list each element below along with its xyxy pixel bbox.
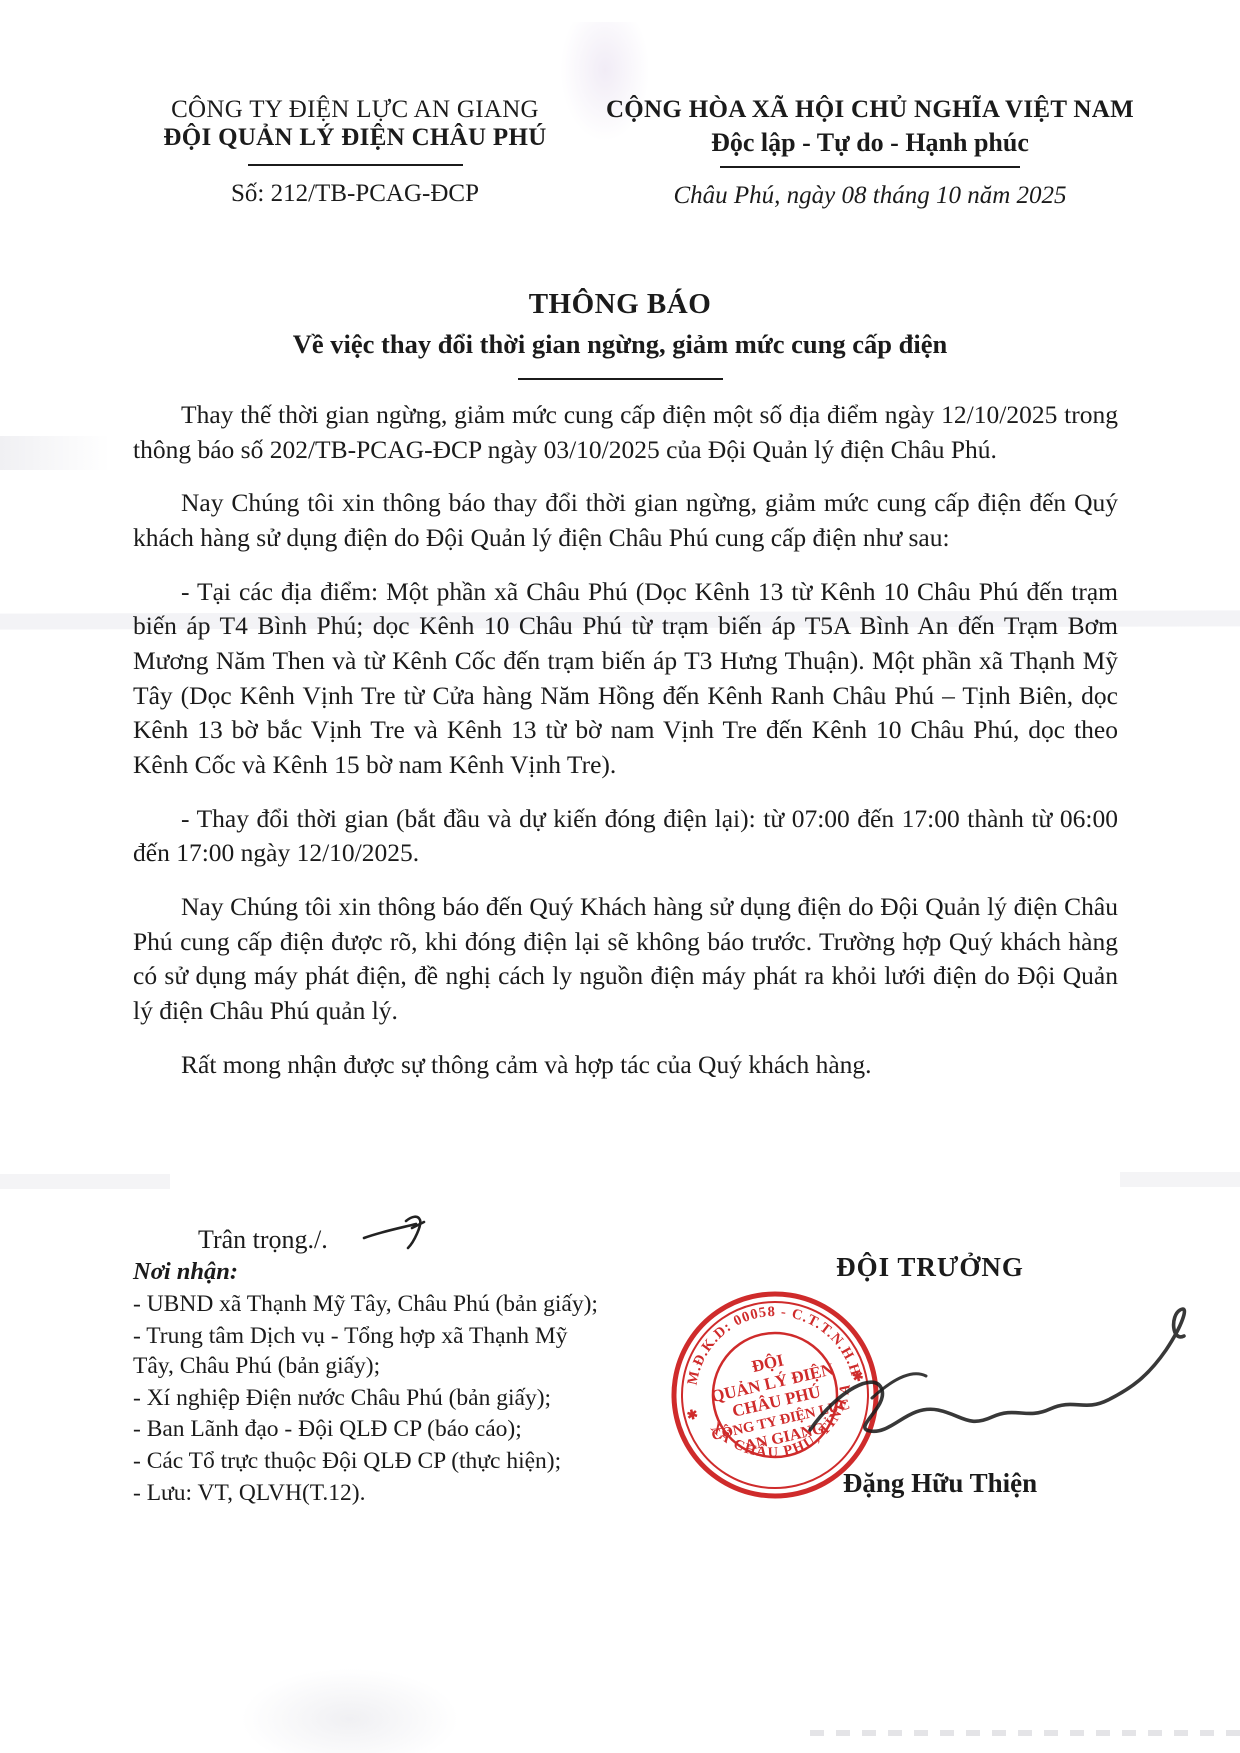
paragraph-locations: - Tại các địa điểm: Một phần xã Châu Phú…	[133, 575, 1118, 783]
handwritten-paraph-mark	[360, 1212, 432, 1254]
paragraph-thanks: Rất mong nhận được sự thông cảm và hợp t…	[133, 1048, 1118, 1083]
national-header-block: CỘNG HÒA XÃ HỘI CHỦ NGHĨA VIỆT NAM Độc l…	[600, 96, 1140, 210]
paragraph-announcement-intro: Nay Chúng tôi xin thông báo thay đổi thờ…	[133, 486, 1118, 555]
recipient-item: - Trung tâm Dịch vụ - Tổng hợp xã Thạnh …	[133, 1322, 603, 1382]
document-footer: Nơi nhận: - UBND xã Thạnh Mỹ Tây, Châu P…	[0, 1252, 1240, 1692]
recipient-item: - Ban Lãnh đạo - Đội QLĐ CP (báo cáo);	[133, 1415, 603, 1445]
scan-dots-bottom	[810, 1730, 1240, 1736]
document-title: THÔNG BÁO	[0, 288, 1240, 321]
letterhead: CÔNG TY ĐIỆN LỰC AN GIANG ĐỘI QUẢN LÝ ĐI…	[0, 96, 1240, 210]
place-and-date: Châu Phú, ngày 08 tháng 10 năm 2025	[600, 182, 1140, 210]
national-title: CỘNG HÒA XÃ HỘI CHỦ NGHĨA VIỆT NAM	[600, 96, 1140, 124]
issuing-org-block: CÔNG TY ĐIỆN LỰC AN GIANG ĐỘI QUẢN LÝ ĐI…	[120, 96, 590, 210]
document-page: CÔNG TY ĐIỆN LỰC AN GIANG ĐỘI QUẢN LÝ ĐI…	[0, 0, 1240, 1753]
motto-underline	[720, 166, 1020, 168]
recipients-block: Nơi nhận: - UBND xã Thạnh Mỹ Tây, Châu P…	[133, 1256, 603, 1511]
document-number: Số: 212/TB-PCAG-ĐCP	[120, 180, 590, 208]
signer-name: Đặng Hữu Thiện	[790, 1468, 1090, 1499]
title-block: THÔNG BÁO Về việc thay đổi thời gian ngừ…	[0, 288, 1240, 380]
org-unit: ĐỘI QUẢN LÝ ĐIỆN CHÂU PHÚ	[120, 124, 590, 152]
title-underline	[518, 378, 723, 380]
scan-band-lower-right	[1120, 1172, 1240, 1187]
document-subtitle: Về việc thay đổi thời gian ngừng, giảm m…	[0, 329, 1240, 360]
org-name: CÔNG TY ĐIỆN LỰC AN GIANG	[120, 96, 590, 124]
recipient-item: - Các Tổ trực thuộc Đội QLĐ CP (thực hiệ…	[133, 1447, 603, 1477]
signature-block: ĐỘI TRƯỞNG M.Đ.K.D: 00058 - C.T.T.N.H.H	[660, 1252, 1200, 1283]
stamp-star-left: ✱	[685, 1406, 699, 1423]
recipients-label: Nơi nhận:	[133, 1256, 603, 1287]
scan-smudge-left	[0, 436, 110, 470]
closing-row: Trân trọng./.	[133, 1212, 432, 1255]
recipient-item: - Xí nghiệp Điện nước Châu Phú (bản giấy…	[133, 1384, 603, 1414]
recipient-item: - Lưu: VT, QLVH(T.12).	[133, 1479, 603, 1509]
paragraph-replacement-notice: Thay thế thời gian ngừng, giảm mức cung …	[133, 398, 1118, 467]
paragraph-time-change: - Thay đổi thời gian (bắt đầu và dự kiến…	[133, 802, 1118, 871]
org-underline	[248, 164, 463, 166]
closing-text: Trân trọng./.	[198, 1225, 328, 1254]
document-body: Thay thế thời gian ngừng, giảm mức cung …	[133, 398, 1118, 1101]
recipient-item: - UBND xã Thạnh Mỹ Tây, Châu Phú (bản gi…	[133, 1290, 603, 1320]
paragraph-generator-notice: Nay Chúng tôi xin thông báo đến Quý Khác…	[133, 890, 1118, 1029]
national-motto: Độc lập - Tự do - Hạnh phúc	[600, 128, 1140, 158]
scan-band-lower-left	[0, 1174, 170, 1189]
handwritten-signature	[780, 1258, 1230, 1468]
